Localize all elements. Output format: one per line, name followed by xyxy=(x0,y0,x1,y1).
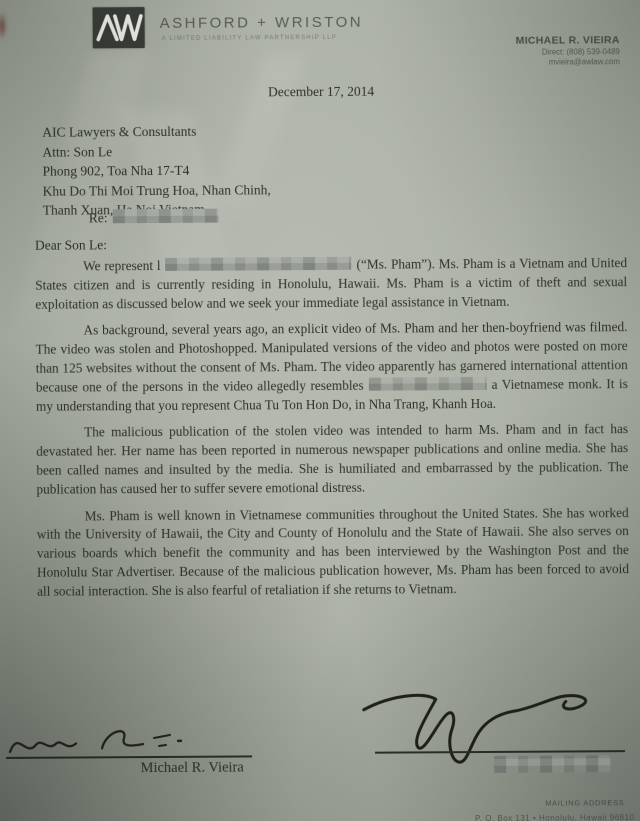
attorney-contact-block: MICHAEL R. VIEIRA Direct: (808) 539-0489… xyxy=(516,34,620,67)
attorney-name: MICHAEL R. VIEIRA xyxy=(516,34,620,47)
attorney-direct-phone: Direct: (808) 539-0489 xyxy=(516,47,620,57)
firm-tagline: A LIMITED LIABILITY LAW PARTNERSHIP LLP xyxy=(162,35,337,42)
recipient-line: AIC Lawyers & Consultants xyxy=(42,121,270,142)
letter-page: ASHFORD + WRISTON A LIMITED LIABILITY LA… xyxy=(0,0,640,821)
firm-logo-icon xyxy=(93,7,145,48)
cutoff-address-line: P. O. Box 131 • Honolulu, Hawaii 96810 xyxy=(475,813,635,821)
letter-body: We represent l(“Ms. Pham”). Ms. Pham is … xyxy=(35,254,629,609)
paragraph-4: Ms. Pham is well known in Vietnamese com… xyxy=(37,504,630,602)
recipient-line: Khu Do Thi Moi Trung Hoa, Nhan Chinh, xyxy=(43,180,271,201)
redaction-re-subject xyxy=(113,209,219,224)
redaction-monk-name xyxy=(369,377,487,391)
paragraph-2: As background, several years ago, an exp… xyxy=(35,319,628,417)
redaction-signer-name-right xyxy=(494,755,610,773)
date-line: December 17, 2014 xyxy=(268,84,374,101)
aw-monogram-icon xyxy=(93,7,145,48)
paragraph-3: The malicious publication of the stolen … xyxy=(36,420,628,499)
recipient-address-block: AIC Lawyers & Consultants Attn: Son Le P… xyxy=(42,121,271,220)
signer-name-left: Michael R. Vieira xyxy=(107,759,277,777)
firm-name: ASHFORD + WRISTON xyxy=(160,14,364,32)
attorney-email: mvieira@awlaw.com xyxy=(516,57,620,67)
re-line: Re: xyxy=(35,209,224,227)
recipient-line: Phong 902, Toa Nha 17-T4 xyxy=(42,160,270,181)
re-label: Re: xyxy=(89,210,108,225)
paragraph-1-text: We represent l xyxy=(83,258,161,273)
redaction-client-name xyxy=(165,257,351,271)
recipient-line: Attn: Son Le xyxy=(42,141,270,162)
mailing-address-label: MAILING ADDRESS xyxy=(545,798,624,807)
signature-right xyxy=(352,686,640,766)
letter-photo: ASHFORD + WRISTON A LIMITED LIABILITY LA… xyxy=(0,0,640,821)
salutation: Dear Son Le: xyxy=(35,237,107,253)
paragraph-1: We represent l(“Ms. Pham”). Ms. Pham is … xyxy=(35,254,627,314)
